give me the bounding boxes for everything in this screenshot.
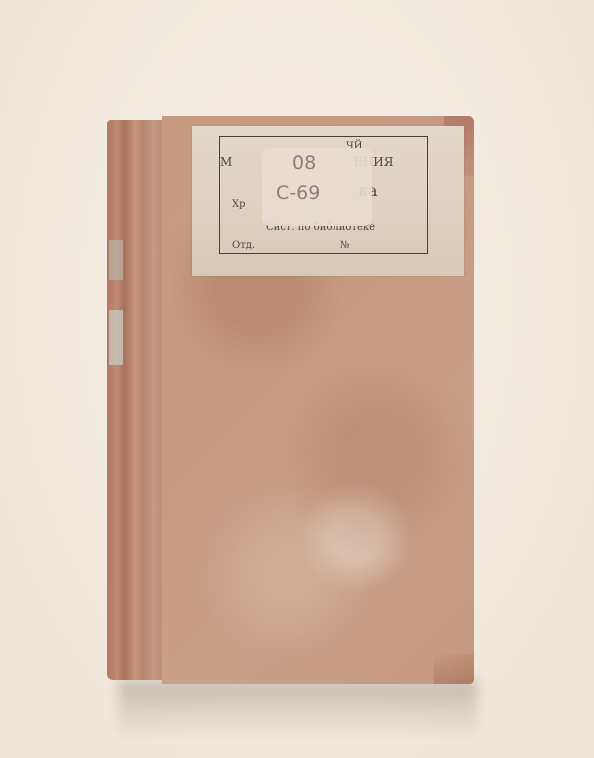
library-label: ЧЙ М ЕНИЯ ка Хр Сист. по библиотеке Отд.… (192, 126, 464, 276)
label-line-2-left: М (220, 155, 232, 169)
book-spine (107, 120, 165, 680)
label-paper-patch: 08 С-69 (262, 148, 372, 226)
label-line-4-left: Хр (232, 199, 246, 210)
spine-label-bottom (109, 310, 123, 365)
spine-label-top (109, 240, 123, 280)
book-cover: ЧЙ М ЕНИЯ ка Хр Сист. по библиотеке Отд.… (162, 116, 474, 684)
stamp-line-2: С-69 (276, 182, 320, 204)
label-line-6-left: Отд. (232, 240, 255, 251)
label-line-6-right: № (340, 240, 349, 251)
book: ЧЙ М ЕНИЯ ка Хр Сист. по библиотеке Отд.… (107, 116, 477, 686)
stamp-line-1: 08 (292, 152, 316, 174)
book-shadow (118, 680, 478, 740)
leather-corner-bottom-right (434, 654, 474, 684)
